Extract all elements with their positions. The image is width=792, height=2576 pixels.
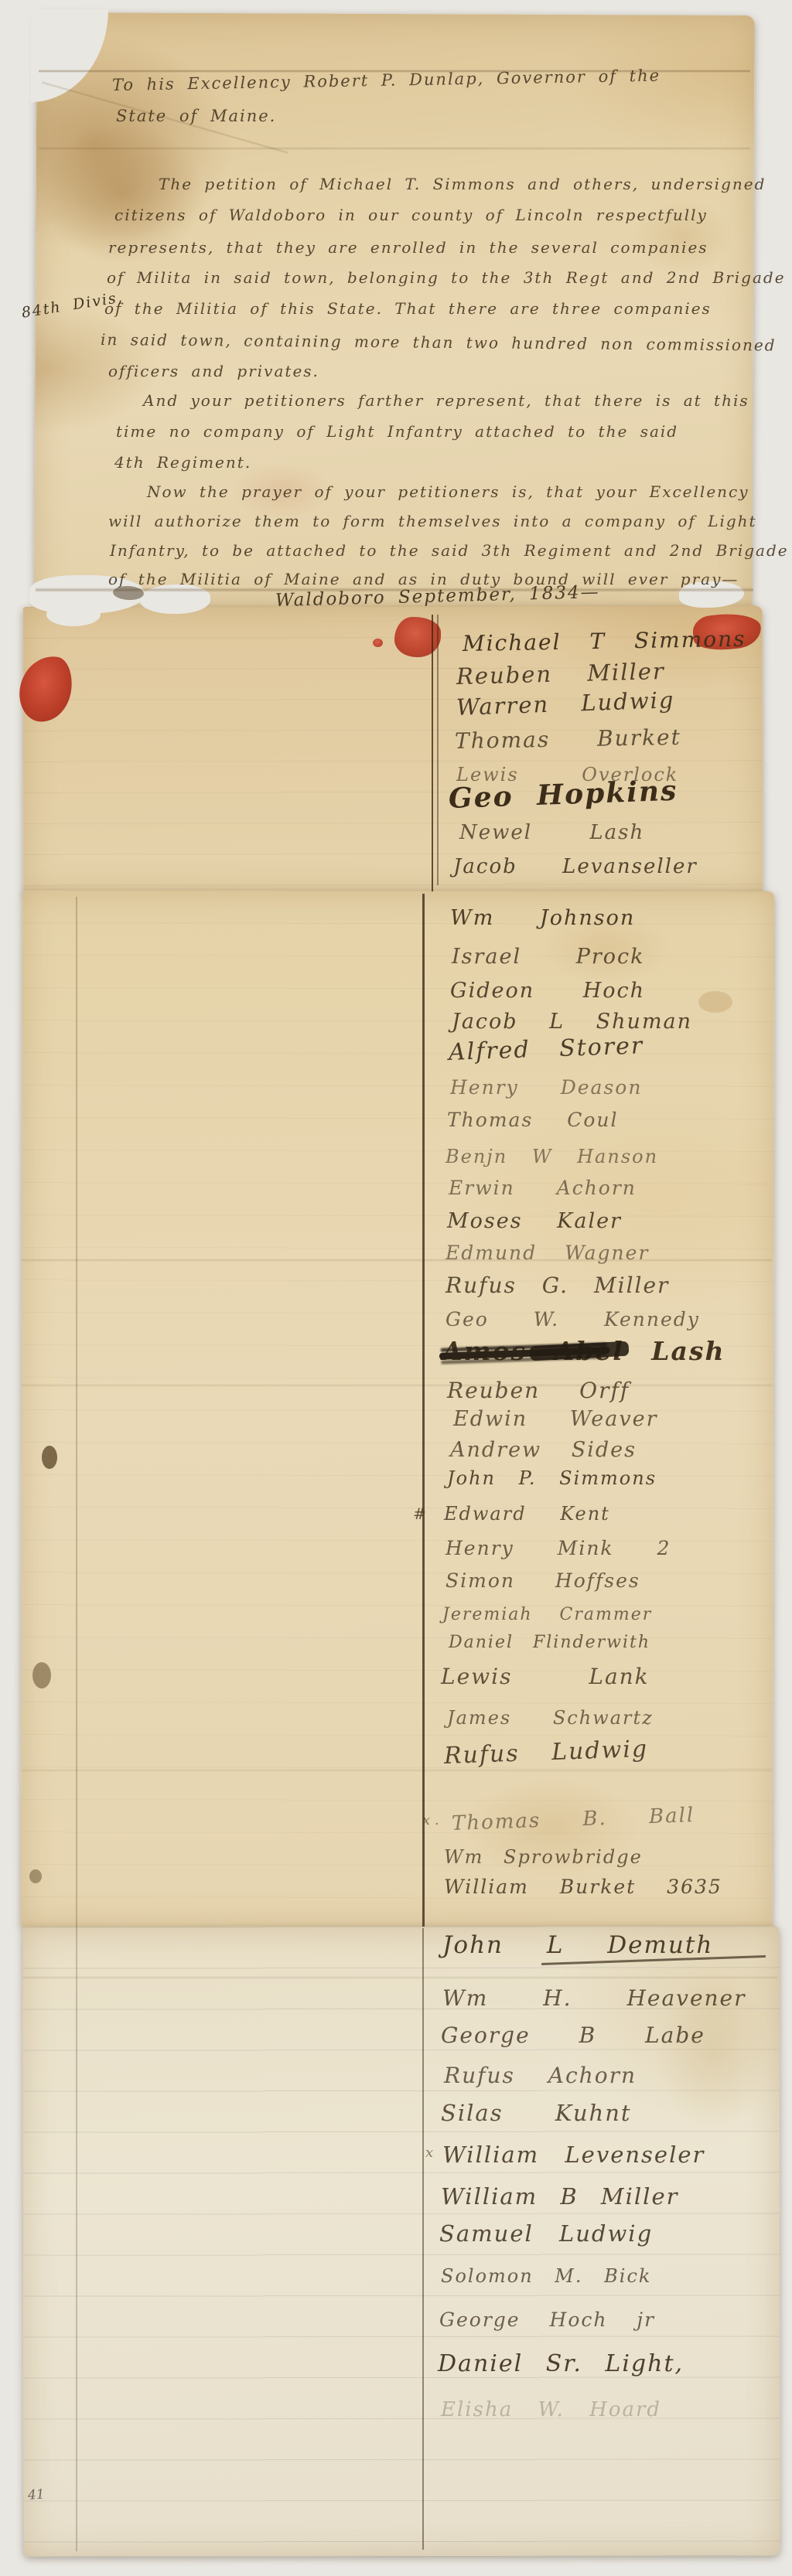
signature-sheet-2 xyxy=(21,890,774,1929)
document-scan: To his Excellency Robert P. Dunlap, Gove… xyxy=(0,0,792,2576)
signature: Andrew Sides xyxy=(450,1438,637,1462)
signature: Edward Kent xyxy=(444,1503,610,1525)
petition-line: Infantry, to be attached to the said 3th… xyxy=(110,541,789,560)
signature: John P. Simmons xyxy=(447,1467,657,1489)
fold-crease xyxy=(22,1259,772,1262)
petition-line: will authorize them to form themselves i… xyxy=(108,512,757,530)
petition-line: The petition of Michael T. Simmons and o… xyxy=(159,175,766,193)
signature: Moses Kaler xyxy=(447,1209,622,1233)
signature: George B Labe xyxy=(441,2022,705,2048)
tear-gap xyxy=(46,603,101,626)
signature: Silas Kuhnt xyxy=(441,2100,632,2126)
petition-line: of the Militia of this State. That there… xyxy=(104,299,712,318)
signature: Rufus Achorn xyxy=(444,2063,637,2088)
stain xyxy=(698,991,732,1013)
petition-line: And your petitioners farther represent, … xyxy=(143,391,749,410)
signature: Daniel Sr. Light, xyxy=(438,2350,684,2377)
petition-line: 4th Regiment. xyxy=(114,453,251,472)
wax-seal xyxy=(394,617,441,657)
signature: Wm H. Heavener xyxy=(442,1985,746,2011)
signature: Rufus G. Miller xyxy=(445,1273,669,1298)
fold-crease xyxy=(22,1384,772,1387)
signature: Daniel Flinderwith xyxy=(449,1633,650,1652)
petition-line: officers and privates. xyxy=(108,362,319,380)
signature: Simon Hoffses xyxy=(445,1569,640,1592)
signature: Jeremiah Crammer xyxy=(442,1605,652,1624)
signature: William B Miller xyxy=(441,2183,678,2210)
signature: William Burket 3635 xyxy=(444,1876,722,1898)
petition-line: Now the prayer of your petitioners is, t… xyxy=(147,482,749,501)
signature: Erwin Achorn xyxy=(449,1177,637,1199)
signature: Newel Lash xyxy=(459,821,644,844)
signature: Michael T Simmons xyxy=(463,626,746,656)
signature-crossed-out: Amos Abel Lash xyxy=(442,1336,725,1366)
signature: John L Demuth xyxy=(442,1931,713,1959)
signature: Thomas Coul xyxy=(447,1109,619,1131)
signature: Israel Prock xyxy=(452,945,645,969)
signature: Reuben Miller xyxy=(456,658,666,690)
signature-faint: Elisha W. Hoard xyxy=(441,2398,661,2421)
signature: Geo W. Kennedy xyxy=(445,1308,700,1331)
signature: Benjn W Hanson xyxy=(445,1146,658,1167)
signature: Henry Deason xyxy=(450,1076,642,1099)
tally-mark: x . xyxy=(422,1812,439,1828)
signature: Jacob Levanseller xyxy=(453,855,698,878)
signature: Thomas Burket xyxy=(455,724,681,754)
signature: Solomon M. Bick xyxy=(441,2265,651,2287)
signature: Gideon Hoch xyxy=(450,979,645,1003)
signature: Wm Johnson xyxy=(450,906,635,930)
signature: Samuel Ludwig xyxy=(439,2220,653,2247)
column-divider xyxy=(422,1928,424,2550)
fold-crease xyxy=(23,1976,777,1979)
salutation-line: State of Maine. xyxy=(116,107,276,125)
signature: Lewis Lank xyxy=(441,1664,650,1689)
wax-seal xyxy=(373,639,383,647)
signature: William Levenseler xyxy=(442,2142,705,2168)
left-fold-line xyxy=(76,897,77,2551)
column-divider xyxy=(432,615,433,891)
tally-mark: # xyxy=(413,1504,426,1523)
signature: James Schwartz xyxy=(447,1707,654,1729)
ink-blot xyxy=(32,1662,51,1688)
signature: Wm Sprowbridge xyxy=(444,1846,643,1868)
petition-line: of the Militia of Maine and as in duty b… xyxy=(108,570,739,588)
column-divider xyxy=(437,615,439,885)
petition-line: citizens of Waldoboro in our county of L… xyxy=(114,206,708,224)
ink-blot xyxy=(29,1869,42,1883)
tally-mark: x xyxy=(425,2145,433,2161)
column-divider xyxy=(422,894,425,1927)
signature: Jacob L Shuman xyxy=(452,1010,692,1034)
petition-line: of Milita in said town, belonging to the… xyxy=(107,268,786,287)
petition-line: time no company of Light Infantry attach… xyxy=(116,422,678,441)
signature: George Hoch jr xyxy=(439,2309,655,2331)
signature: Edmund Wagner xyxy=(445,1242,649,1264)
ink-blot xyxy=(42,1446,57,1469)
signature: Edwin Weaver xyxy=(453,1407,657,1431)
page-number: 41 xyxy=(27,2487,45,2503)
fold-crease xyxy=(22,1769,772,1772)
signature: Reuben Orff xyxy=(447,1378,630,1403)
signature: Henry Mink 2 xyxy=(445,1537,671,1559)
petition-line: represents, that they are enrolled in th… xyxy=(108,238,708,257)
